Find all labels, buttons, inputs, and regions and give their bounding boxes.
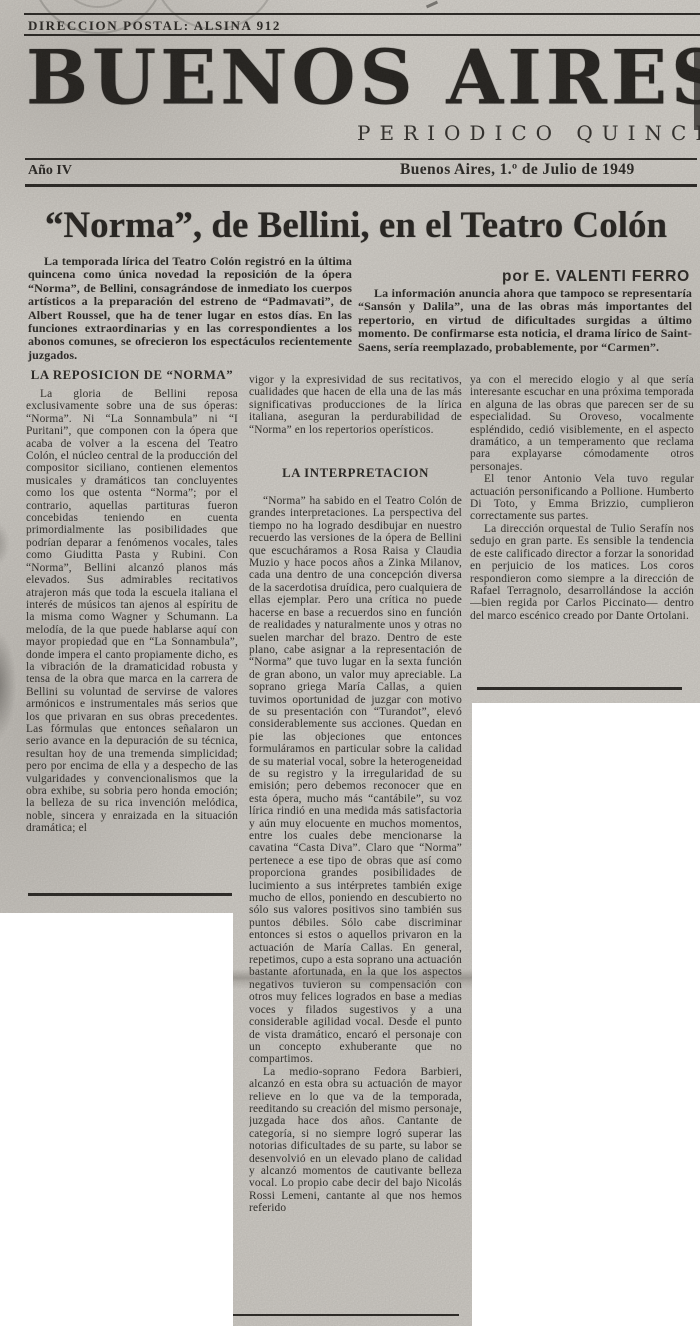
column-3-end-rule <box>477 687 682 690</box>
section-heading-interpretacion: LA INTERPRETACION <box>249 466 462 481</box>
section-heading-reposicion: LA REPOSICION DE “NORMA” <box>26 368 238 383</box>
column-2: vigor y la expresividad de sus recitativ… <box>249 374 462 1310</box>
column-3-paragraph-3: La dirección orquestal de Tulio Serafín … <box>470 523 694 622</box>
ink-smudge <box>0 520 10 568</box>
column-1: LA REPOSICION DE “NORMA” La gloria de Be… <box>26 368 238 888</box>
column-3-paragraph-2: El tenor Antonio Vela tuvo regular actua… <box>470 473 694 523</box>
newspaper-title: BUENOS AIRES <box>26 38 687 117</box>
column-3-paragraph-1: ya con el merecido elogio y al que sería… <box>470 374 694 473</box>
newsprint-paper: DIRECCION POSTAL: ALSINA 912 BUENOS AIRE… <box>0 0 700 1326</box>
ink-smudge <box>0 630 16 740</box>
column-2-end-rule <box>231 1314 459 1316</box>
article-headline: “Norma”, de Bellini, en el Teatro Colón <box>22 204 690 248</box>
column-2-paragraph-2: La medio-soprano Fedora Barbieri, alcanz… <box>249 1066 462 1215</box>
dateline: Buenos Aires, 1.º de Julio de 1949 <box>400 161 635 179</box>
postal-address-line: DIRECCION POSTAL: ALSINA 912 <box>28 18 281 34</box>
clipping-cutout-left <box>0 913 233 1326</box>
column-3: ya con el merecido elogio y al que sería… <box>470 374 694 684</box>
newspaper-clipping-scan: DIRECCION POSTAL: ALSINA 912 BUENOS AIRE… <box>0 0 700 1326</box>
dateline-rule-top <box>25 158 697 160</box>
dateline-rule-bottom <box>25 184 697 187</box>
article-byline: por E. VALENTI FERRO <box>420 268 690 286</box>
top-rule <box>24 13 700 15</box>
lead-paragraph-right: La información anuncia ahora que tampoco… <box>358 287 692 354</box>
edition-year-label: Año IV <box>28 163 72 179</box>
clipping-cutout-right <box>472 703 700 1326</box>
lead-paragraph-left: La temporada lírica del Teatro Colón reg… <box>28 255 352 362</box>
column-2-continuation: vigor y la expresividad de sus recitativ… <box>249 374 462 436</box>
column-1-body: La gloria de Bellini reposa exclusivamen… <box>26 388 238 835</box>
column-1-end-rule <box>28 893 232 896</box>
paper-fold-crease <box>233 969 472 989</box>
newspaper-subtitle: PERIODICO QUINCEN <box>357 121 700 145</box>
